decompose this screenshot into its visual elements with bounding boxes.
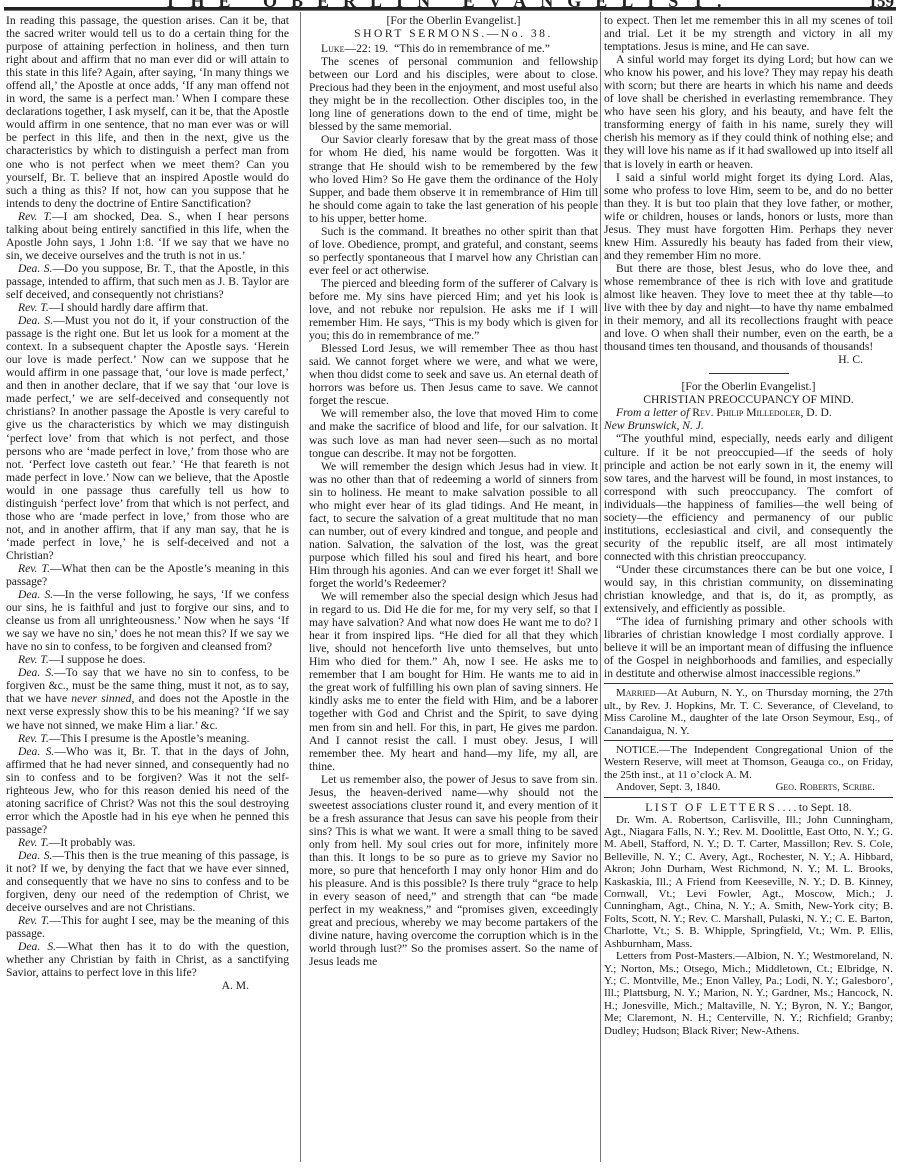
column-3: to expect. Then let me remember this in … xyxy=(604,14,893,1037)
dialogue-line: Dea. S.—Do you suppose, Br. T., that the… xyxy=(6,262,289,301)
article-heading: SHORT SERMONS.—No. 38. xyxy=(309,27,598,40)
speaker: Rev. T. xyxy=(18,562,50,575)
column-divider xyxy=(600,12,601,1162)
union-notice: NOTICE.—The Independent Congregational U… xyxy=(604,744,893,781)
dialogue-line: Dea. S.—Must you not do it, if your cons… xyxy=(6,314,289,562)
dialogue-line: Rev. T.—I suppose he does. xyxy=(6,653,289,666)
column-1-dialogue: In reading this passage, the question ar… xyxy=(6,14,289,993)
dialogue-line: Rev. T.—I am shocked, Dea. S., when I he… xyxy=(6,210,289,262)
scripture-text: Luke—22: 19. “This do in remembrance of … xyxy=(309,42,598,55)
paragraph: A sinful world may forget its dying Lord… xyxy=(604,53,893,170)
column-divider xyxy=(300,12,301,1162)
speaker: Rev. T. xyxy=(18,653,49,666)
speaker: Rev. T. xyxy=(18,836,49,849)
paragraph: Let us remember also, the power of Jesus… xyxy=(309,773,598,969)
section-divider xyxy=(709,373,789,374)
dialogue-line: Rev. T.—It probably was. xyxy=(6,836,289,849)
speaker: Dea. S. xyxy=(18,745,54,758)
signature-line: H. C. xyxy=(604,353,893,366)
paragraph: In reading this passage, the question ar… xyxy=(6,14,289,210)
paragraph: The pierced and bleeding form of the suf… xyxy=(309,277,598,342)
speaker: Dea. S. xyxy=(18,666,54,679)
dialogue-line: Rev. T.—This for aught I see, may be the… xyxy=(6,914,289,940)
signature-line: A. M. xyxy=(6,979,289,992)
paragraph: Blessed Lord Jesus, we will remember The… xyxy=(309,342,598,407)
dialogue-line: Rev. T.—This I presume is the Apostle’s … xyxy=(6,732,289,745)
paragraph: The scenes of personal communion and fel… xyxy=(309,55,598,133)
article-credit: [For the Oberlin Evangelist.] xyxy=(604,380,893,393)
paragraph: We will remember also, the love that mov… xyxy=(309,407,598,459)
speaker: Dea. S. xyxy=(18,940,56,953)
dialogue-line: Rev. T.—I should hardly dare affirm that… xyxy=(6,301,289,314)
byline: From a letter of Rev. Philip Milledoler,… xyxy=(604,406,893,419)
signature: A. M. xyxy=(222,979,249,992)
speaker: Rev. T. xyxy=(18,301,49,314)
dialogue-line: Dea. S.—This then is the true meaning of… xyxy=(6,849,289,914)
section-divider xyxy=(604,683,893,684)
marriage-notice: Married—At Auburn, N. Y., on Thursday mo… xyxy=(604,687,893,737)
notice-signature: Andover, Sept. 3, 1840.Geo. Roberts, Scr… xyxy=(604,781,893,793)
speaker: Dea. S. xyxy=(18,314,53,327)
speaker: Dea. S. xyxy=(18,262,52,275)
dialogue-line: Rev. T.—What then can be the Apostle’s m… xyxy=(6,562,289,588)
dialogue-line: Dea. S.—Who was it, Br. T. that in the d… xyxy=(6,745,289,836)
paragraph: Such is the command. It breathes no othe… xyxy=(309,225,598,277)
paragraph: Our Savior clearly foresaw that by the g… xyxy=(309,133,598,224)
section-divider xyxy=(604,797,893,798)
speaker: Dea. S. xyxy=(18,588,53,601)
paragraph: “The youthful mind, especially, needs ea… xyxy=(604,432,893,562)
paragraph: “The idea of furnishing primary and othe… xyxy=(604,615,893,680)
signature: H. C. xyxy=(838,353,863,366)
article-credit: [For the Oberlin Evangelist.] xyxy=(309,14,598,27)
dialogue-line: Dea. S.—What then has it to do with the … xyxy=(6,940,289,979)
paragraph: I said a sinful world might forget its d… xyxy=(604,171,893,262)
paragraph: We will remember also the special design… xyxy=(309,590,598,773)
dialogue-line: Dea. S.—To say that we have no sin to co… xyxy=(6,666,289,731)
paragraph: “Under these circumstances there can be … xyxy=(604,563,893,615)
masthead-rule xyxy=(4,7,896,11)
byline-place: New Brunswick, N. J. xyxy=(604,419,893,432)
speaker: Rev. T. xyxy=(18,732,49,745)
article-heading: CHRISTIAN PREOCCUPANCY OF MIND. xyxy=(604,393,893,406)
speaker: Rev. T. xyxy=(18,210,52,223)
paragraph: But there are those, blest Jesus, who do… xyxy=(604,262,893,353)
dialogue-line: Dea. S.—In the verse following, he says,… xyxy=(6,588,289,653)
letters-heading: LIST OF LETTERS....to Sept. 18. xyxy=(604,801,893,814)
speaker: Rev. T. xyxy=(18,914,49,927)
paragraph: We will remember the design which Jesus … xyxy=(309,460,598,590)
letters-list: Dr. Wm. A. Robertson, Carlisville, Ill.;… xyxy=(604,814,893,950)
postmaster-letters: Letters from Post-Masters.—Albion, N. Y.… xyxy=(604,950,893,1037)
paragraph: to expect. Then let me remember this in … xyxy=(604,14,893,53)
section-divider xyxy=(604,740,893,741)
column-2-sermon: [For the Oberlin Evangelist.] SHORT SERM… xyxy=(309,14,598,968)
speaker: Dea. S. xyxy=(18,849,52,862)
